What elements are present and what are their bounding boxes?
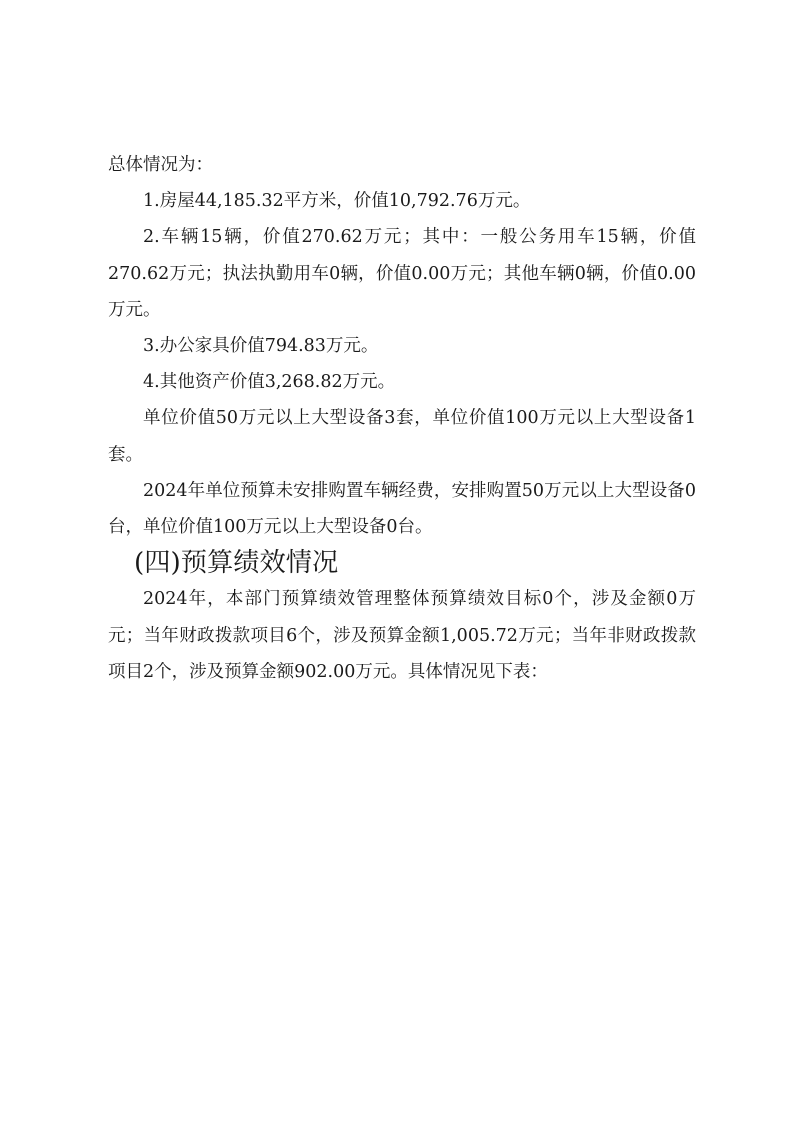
document-page: 总体情况为： 1.房屋44,185.32平方米，价值10,792.76万元。 2… xyxy=(108,147,696,690)
purchase-plan-paragraph: 2024年单位预算未安排购置车辆经费，安排购置50万元以上大型设备0台，单位价值… xyxy=(108,473,696,545)
equipment-paragraph: 单位价值50万元以上大型设备3套，单位价值100万元以上大型设备1套。 xyxy=(108,400,696,472)
intro-paragraph: 总体情况为： xyxy=(108,147,696,183)
section-heading: (四)预算绩效情况 xyxy=(108,545,696,581)
performance-paragraph: 2024年，本部门预算绩效管理整体预算绩效目标0个，涉及金额0万元；当年财政拨款… xyxy=(108,581,696,690)
other-assets-paragraph: 4.其他资产价值3,268.82万元。 xyxy=(108,364,696,400)
vehicles-paragraph: 2.车辆15辆，价值270.62万元；其中：一般公务用车15辆，价值270.62… xyxy=(108,219,696,328)
housing-paragraph: 1.房屋44,185.32平方米，价值10,792.76万元。 xyxy=(108,183,696,219)
furniture-paragraph: 3.办公家具价值794.83万元。 xyxy=(108,328,696,364)
